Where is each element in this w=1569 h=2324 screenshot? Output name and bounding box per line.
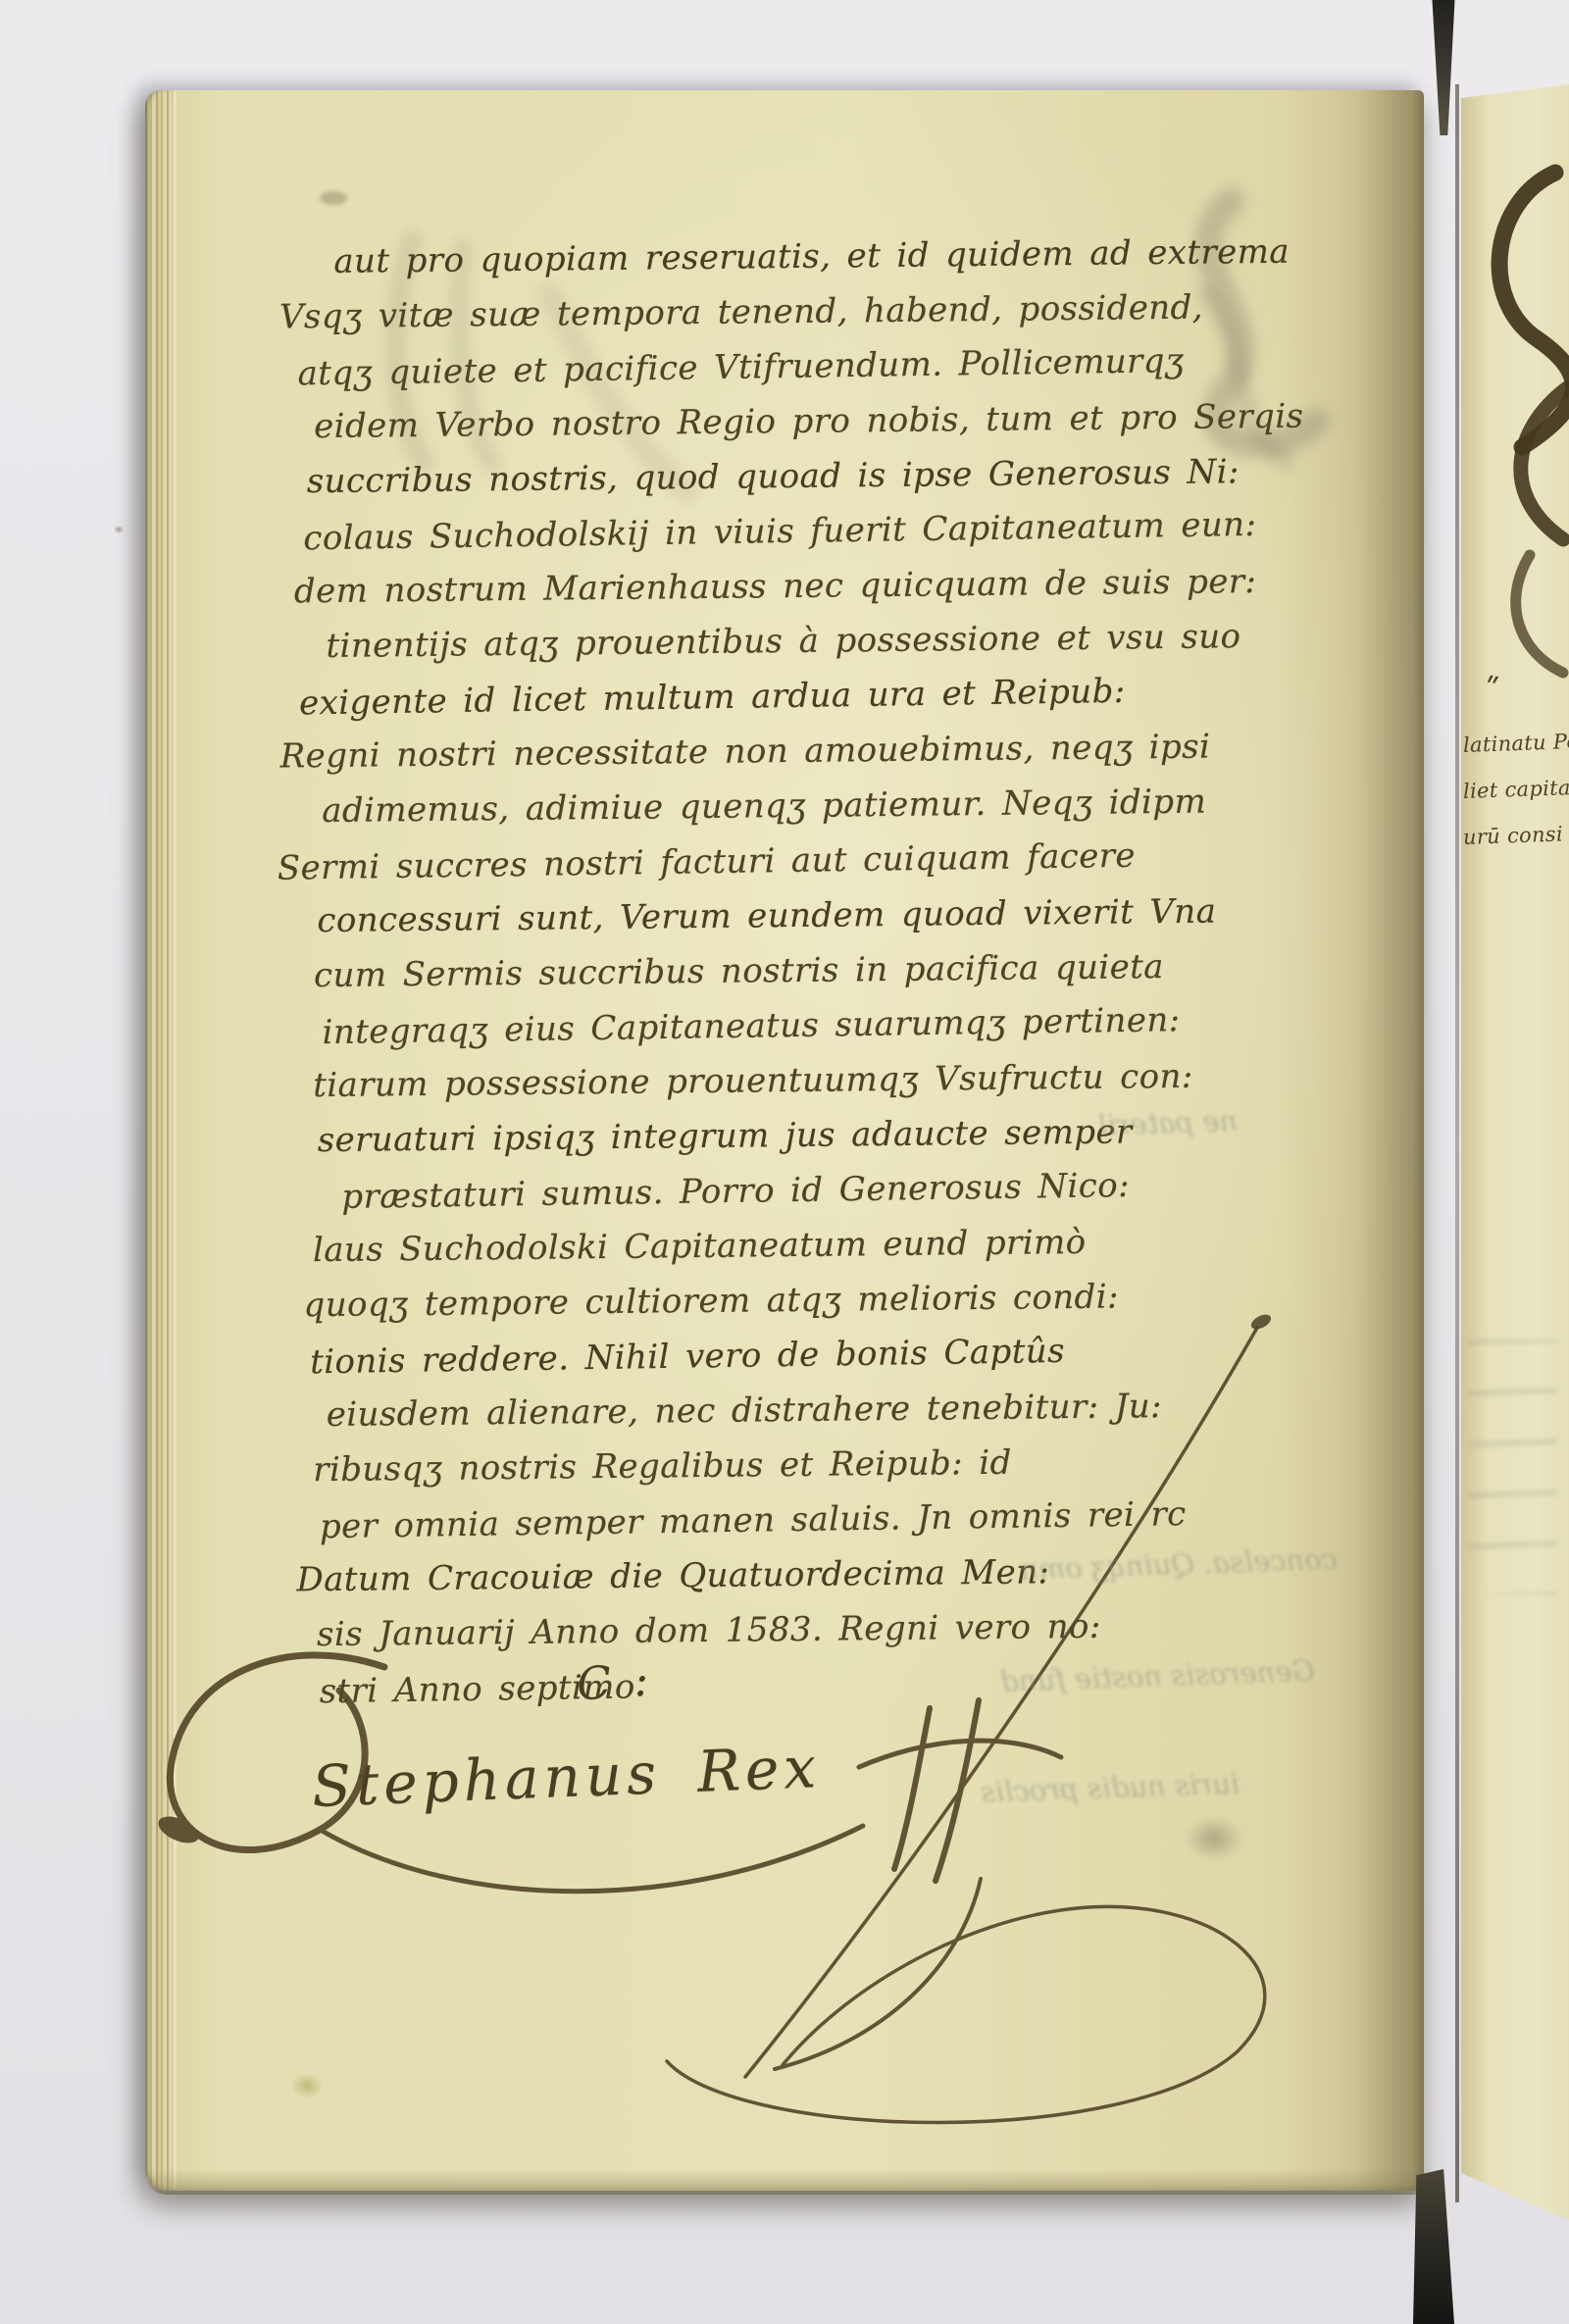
facing-page-showthrough xyxy=(1469,1339,1557,1594)
margin-note: latinatu Podo liet capitane ab urū consi… xyxy=(1463,720,1569,858)
photo-backdrop: aut pro quopiam reseruatis, et id quidem… xyxy=(0,0,1569,2324)
manuscript-line: aut pro quopiam reseruatis, et id quidem… xyxy=(333,225,1258,289)
binding-gutter xyxy=(1455,84,1459,2202)
margin-note-line: latinatu Podo xyxy=(1462,717,1569,769)
paper-stain xyxy=(290,2073,324,2098)
margin-note-line: liet capitane ab xyxy=(1462,763,1569,815)
manuscript-text-block: aut pro quopiam reseruatis, et id quidem… xyxy=(316,225,1273,1717)
paper-stain xyxy=(1185,1816,1243,1861)
margin-note-line: urū consi olin xyxy=(1462,809,1569,861)
paper-speck xyxy=(114,526,124,533)
page-stack-edge xyxy=(145,90,177,2191)
bookmark-ribbon-bottom xyxy=(1413,2169,1454,2324)
closing-paraph-mark: C : xyxy=(575,1652,654,1710)
showthrough-text: ne pateril xyxy=(1097,1104,1238,1142)
facing-page-edge: ʺ latinatu Podo liet capitane ab urū con… xyxy=(1461,84,1569,2220)
